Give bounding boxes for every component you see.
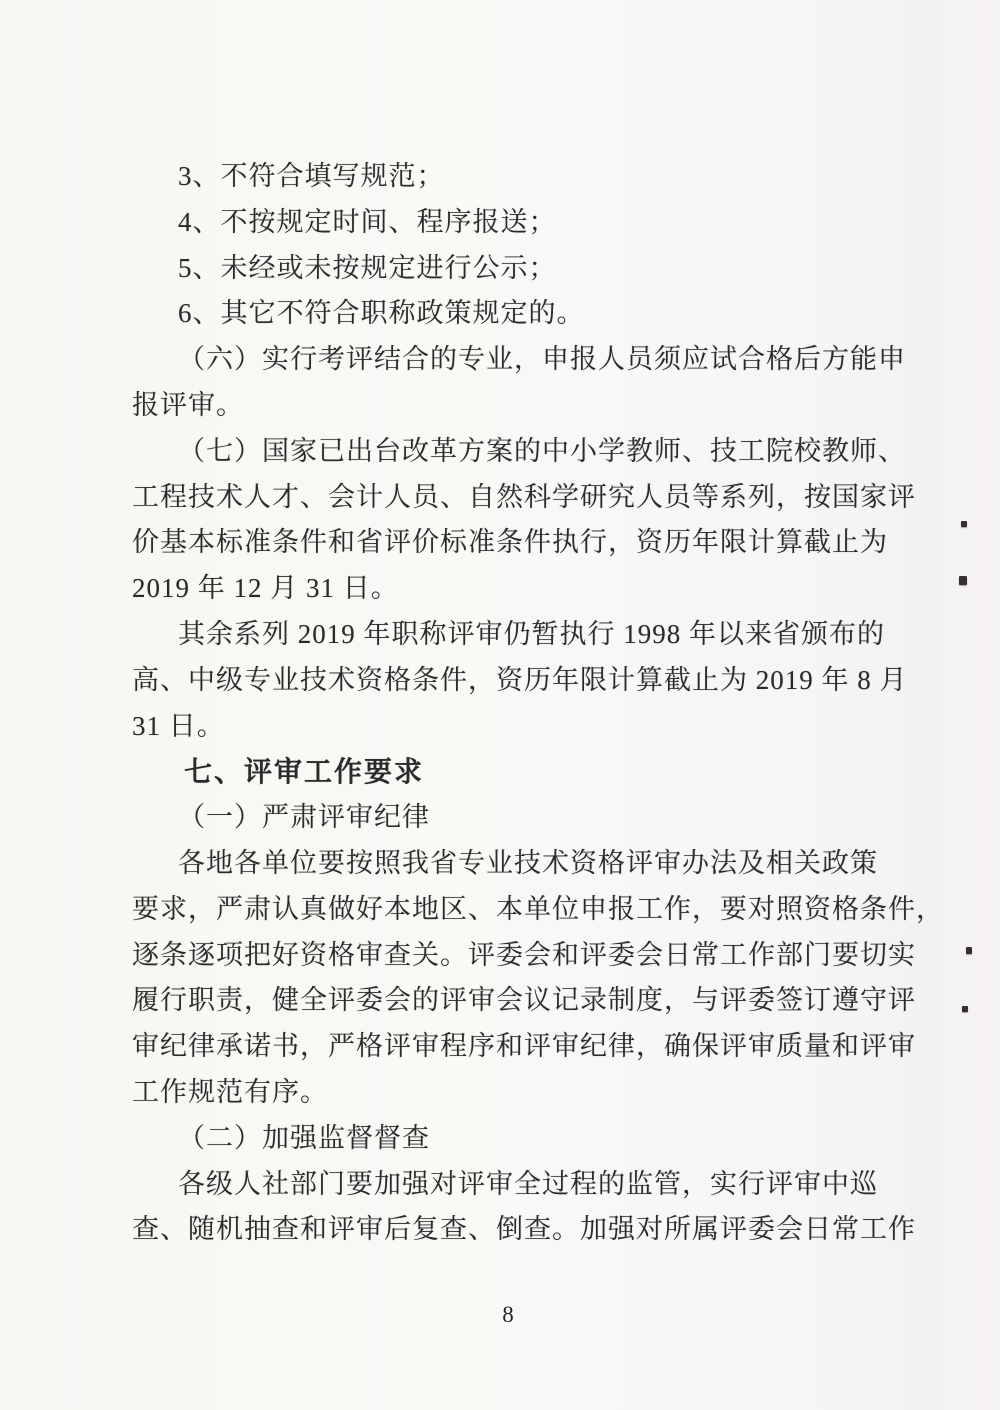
text-line: 查、随机抽查和评审后复查、倒查。加强对所属评委会日常工作 <box>132 1207 932 1253</box>
text-line: （六）实行考评结合的专业，申报人员须应试合格后方能申 <box>132 337 932 383</box>
text-line: 逐条逐项把好资格审查关。评委会和评委会日常工作部门要切实 <box>132 933 932 979</box>
text-line: 报评审。 <box>132 383 932 429</box>
text-line: 履行职责，健全评委会的评审会议记录制度，与评委签订遵守评 <box>132 978 932 1024</box>
text-line: 6、其它不符合职称政策规定的。 <box>132 291 932 337</box>
section-heading: 七、评审工作要求 <box>132 749 932 795</box>
text-line: 31 日。 <box>132 704 932 750</box>
document-body: 3、不符合填写规范；4、不按规定时间、程序报送；5、未经或未按规定进行公示；6、… <box>132 154 932 1253</box>
text-line: 各级人社部门要加强对评审全过程的监管，实行评审中巡 <box>132 1162 932 1208</box>
text-line: （七）国家已出台改革方案的中小学教师、技工院校教师、 <box>132 429 932 475</box>
text-line: 4、不按规定时间、程序报送； <box>132 200 932 246</box>
text-line: （二）加强监督督查 <box>132 1116 932 1162</box>
scan-dot-artifact <box>962 1006 968 1012</box>
text-line: 其余系列 2019 年职称评审仍暂执行 1998 年以来省颁布的 <box>132 612 932 658</box>
document-page: 3、不符合填写规范；4、不按规定时间、程序报送；5、未经或未按规定进行公示；6、… <box>0 0 1000 1410</box>
text-line: 工程技术人才、会计人员、自然科学研究人员等系列，按国家评 <box>132 475 932 521</box>
text-line: 高、中级专业技术资格条件，资历年限计算截止为 2019 年 8 月 <box>132 658 932 704</box>
text-line: 5、未经或未按规定进行公示； <box>132 246 932 292</box>
text-line: （一）严肃评审纪律 <box>132 795 932 841</box>
text-line: 工作规范有序。 <box>132 1070 932 1116</box>
text-line: 2019 年 12 月 31 日。 <box>132 566 932 612</box>
scan-dot-artifact <box>961 521 967 527</box>
text-line: 3、不符合填写规范； <box>132 154 932 200</box>
text-line: 各地各单位要按照我省专业技术资格评审办法及相关政策 <box>132 841 932 887</box>
page-number: 8 <box>8 1302 1000 1328</box>
text-line: 价基本标准条件和省评价标准条件执行，资历年限计算截止为 <box>132 520 932 566</box>
text-line: 要求，严肃认真做好本地区、本单位申报工作，要对照资格条件， <box>132 887 932 933</box>
scan-dot-artifact <box>959 576 967 585</box>
scan-dot-artifact <box>966 947 972 954</box>
text-line: 审纪律承诺书，严格评审程序和评审纪律，确保评审质量和评审 <box>132 1024 932 1070</box>
